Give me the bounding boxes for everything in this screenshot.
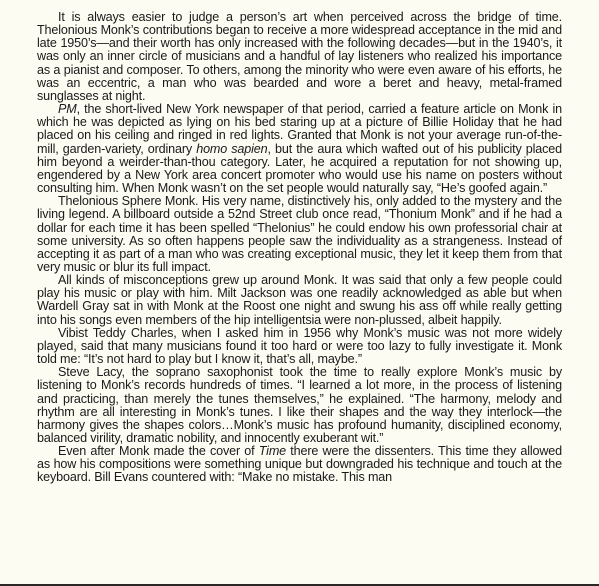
paragraph-intro: It is always easier to judge a person’s … — [37, 11, 562, 103]
italic-title-time: Time — [259, 444, 286, 458]
paragraph-text: All kinds of misconceptions grew up arou… — [37, 273, 562, 326]
paragraph-pm-newspaper: PM, the short-lived New York newspaper o… — [37, 103, 562, 195]
italic-term-homo-sapien: homo sapien — [196, 142, 267, 156]
paragraph-text: It is always easier to judge a person’s … — [37, 10, 562, 103]
paragraph-text: Steve Lacy, the soprano saxophonist took… — [37, 365, 562, 445]
paragraph-steve-lacy: Steve Lacy, the soprano saxophonist took… — [37, 366, 562, 445]
paragraph-teddy-charles: Vibist Teddy Charles, when I asked him i… — [37, 327, 562, 366]
liner-notes-page: It is always easier to judge a person’s … — [37, 11, 562, 485]
paragraph-text: Thelonious Sphere Monk. His very name, d… — [37, 194, 562, 274]
italic-title-pm: PM — [58, 102, 77, 116]
paragraph-text: Even after Monk made the cover of — [58, 444, 259, 458]
paragraph-name: Thelonious Sphere Monk. His very name, d… — [37, 195, 562, 274]
paragraph-time-cover: Even after Monk made the cover of Time t… — [37, 445, 562, 484]
paragraph-misconceptions: All kinds of misconceptions grew up arou… — [37, 274, 562, 327]
paragraph-text: Vibist Teddy Charles, when I asked him i… — [37, 326, 562, 366]
